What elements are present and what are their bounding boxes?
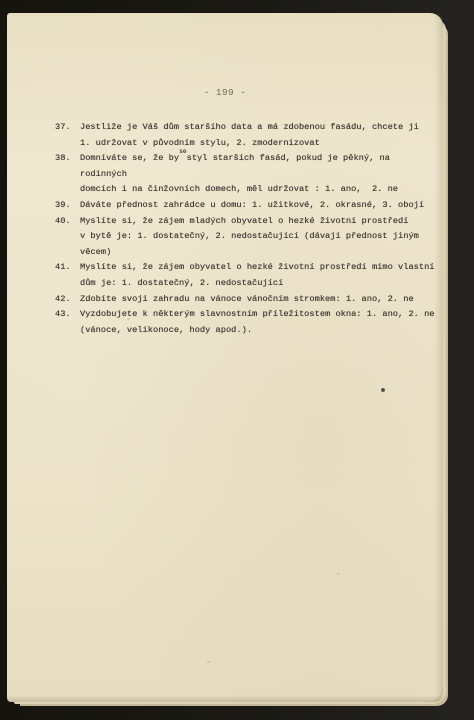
question-number: 37.: [55, 120, 80, 136]
question-number: 41.: [55, 260, 80, 276]
scanned-book-photo: - 199 - 37.Jestliže je Váš dům staršího …: [0, 0, 474, 720]
question-line: 40.Myslíte si, že zájem mladých obyvatel…: [55, 214, 441, 230]
question-line: 39.Dáváte přednost zahrádce u domu: 1. u…: [55, 198, 441, 214]
paper-speck: [207, 661, 210, 663]
question-number: 40.: [55, 214, 80, 230]
question-line: 37.Jestliže je Váš dům staršího data a m…: [55, 120, 441, 136]
question-text: Zdobíte svoji zahradu na vánoce vánočním…: [80, 292, 414, 308]
page-number: - 199 -: [7, 87, 443, 98]
question-text: domcích i na činžovních domech, měl udrž…: [80, 182, 398, 198]
question-text: Myslíte si, že zájem mladých obyvatel o …: [80, 214, 408, 230]
question-text: Jestliže je Váš dům staršího data a má z…: [80, 120, 419, 136]
question-line: 41.Myslíte si, že zájem obyvatel o hezké…: [55, 260, 441, 276]
question-line: 38.Domníváte se, že bysestyl starších fa…: [55, 151, 441, 182]
question-line: v bytě je: 1. dostatečný, 2. nedostačují…: [55, 229, 441, 245]
question-line: věcem): [55, 245, 441, 261]
question-number: 42.: [55, 292, 80, 308]
question-line: 43.Vyzdobujete k některým slavnostním př…: [55, 307, 441, 323]
question-line: domcích i na činžovních domech, měl udrž…: [55, 182, 441, 198]
paper-speck: [337, 573, 339, 575]
inserted-superscript: se: [179, 148, 187, 155]
ink-dot-artifact: [381, 388, 385, 392]
question-number: [55, 276, 80, 292]
question-line: dům je: 1. dostatečný, 2. nedostačující: [55, 276, 441, 292]
question-line: (vánoce, velikonoce, hody apod.).: [55, 323, 441, 339]
question-number: [55, 323, 80, 339]
question-line: 1. udržovat v původním stylu, 2. zmodern…: [55, 136, 441, 152]
question-text: Dáváte přednost zahrádce u domu: 1. užit…: [80, 198, 424, 214]
paper-speck: [92, 156, 94, 158]
question-number: [55, 182, 80, 198]
document-page: - 199 - 37.Jestliže je Váš dům staršího …: [7, 13, 443, 702]
question-line: 42.Zdobíte svoji zahradu na vánoce vánoč…: [55, 292, 441, 308]
question-text: Myslíte si, že zájem obyvatel o hezké ži…: [80, 260, 435, 276]
question-number: [55, 136, 80, 152]
question-number: 38.: [55, 151, 80, 182]
question-text: Vyzdobujete k některým slavnostním příle…: [80, 307, 435, 323]
question-number: [55, 229, 80, 245]
question-number: 39.: [55, 198, 80, 214]
question-text: věcem): [80, 245, 111, 261]
question-number: 43.: [55, 307, 80, 323]
question-text: v bytě je: 1. dostatečný, 2. nedostačují…: [80, 229, 419, 245]
question-text: dům je: 1. dostatečný, 2. nedostačující: [80, 276, 283, 292]
question-text: (vánoce, velikonoce, hody apod.).: [80, 323, 252, 339]
question-list: 37.Jestliže je Váš dům staršího data a m…: [55, 120, 441, 338]
question-text: Domníváte se, že bysestyl starších fasád…: [80, 151, 441, 182]
question-number: [55, 245, 80, 261]
